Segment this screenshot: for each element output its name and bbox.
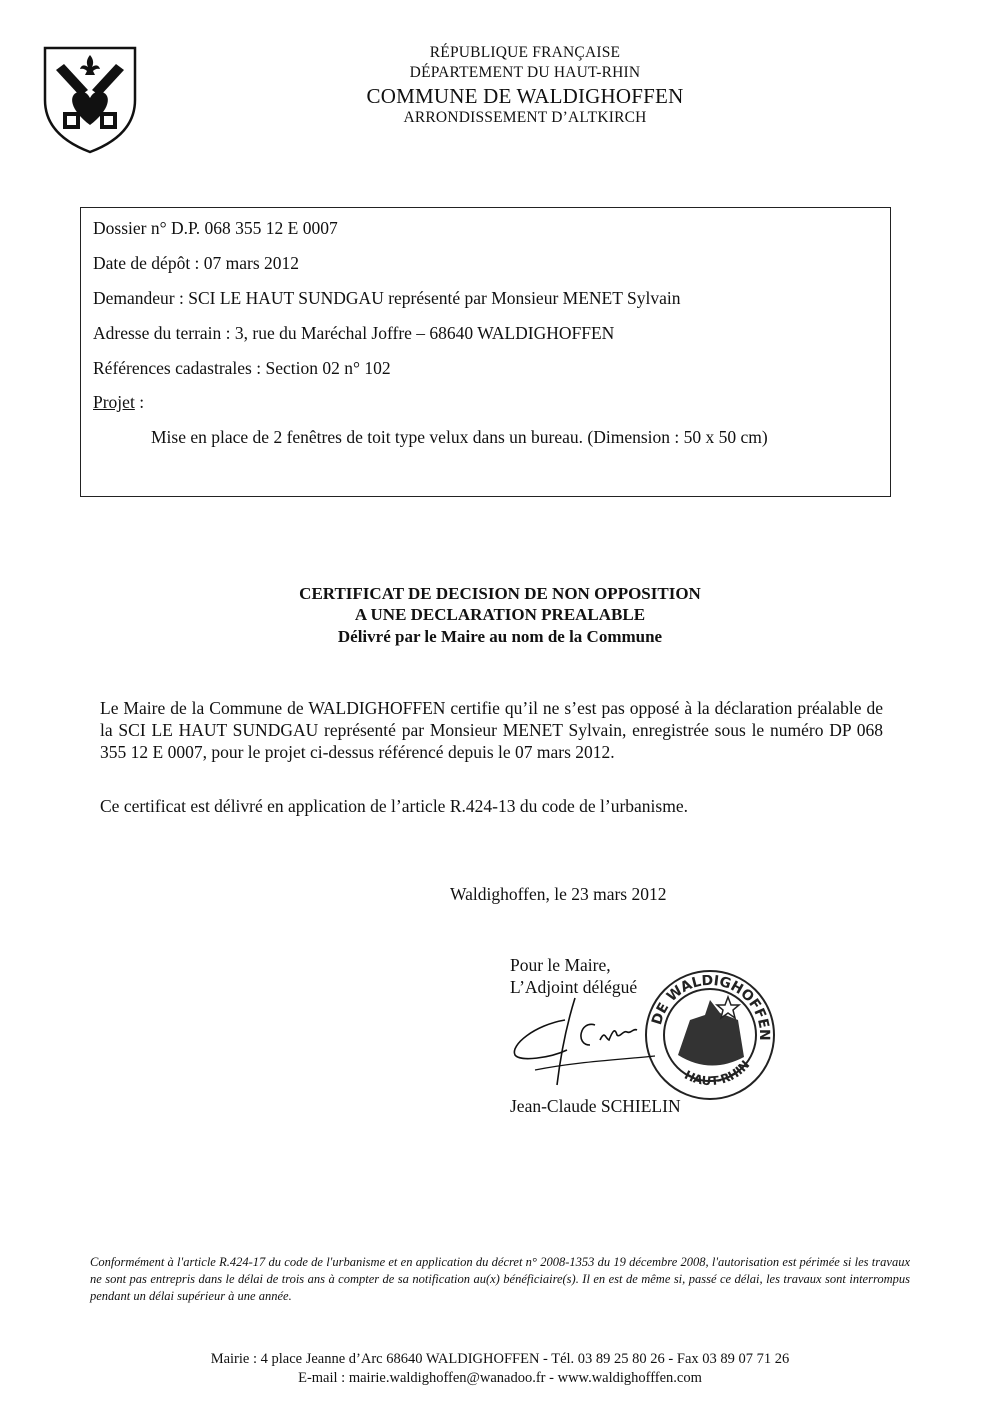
certificate-title-line1: CERTIFICAT DE DECISION DE NON OPPOSITION xyxy=(100,584,900,604)
dossier-info-box: Dossier n° D.P. 068 355 12 E 0007 Date d… xyxy=(80,207,891,497)
certificate-paragraph-1: Le Maire de la Commune de WALDIGHOFFEN c… xyxy=(100,697,883,763)
dossier-number: Dossier n° D.P. 068 355 12 E 0007 xyxy=(93,218,338,239)
header-commune: COMMUNE DE WALDIGHOFFEN xyxy=(300,84,750,108)
header-departement: DÉPARTEMENT DU HAUT-RHIN xyxy=(300,64,750,82)
adresse-terrain: Adresse du terrain : 3, rue du Maréchal … xyxy=(93,323,614,344)
signatory-name: Jean-Claude SCHIELIN xyxy=(510,1096,681,1117)
certificate-subtitle: Délivré par le Maire au nom de la Commun… xyxy=(100,627,900,647)
projet-colon: : xyxy=(135,392,144,412)
coat-of-arms-icon xyxy=(40,45,140,155)
pour-le-maire: Pour le Maire, xyxy=(510,955,611,976)
contact-line-1: Mairie : 4 place Jeanne d’Arc 68640 WALD… xyxy=(100,1350,900,1369)
contact-line-2: E-mail : mairie.waldighoffen@wanadoo.fr … xyxy=(100,1369,900,1388)
header-arrondissement: ARRONDISSEMENT D’ALTKIRCH xyxy=(300,109,750,127)
projet-heading: Projet : xyxy=(93,392,144,413)
place-date: Waldighoffen, le 23 mars 2012 xyxy=(450,884,667,905)
demandeur: Demandeur : SCI LE HAUT SUNDGAU représen… xyxy=(93,288,680,309)
date-depot: Date de dépôt : 07 mars 2012 xyxy=(93,253,299,274)
references-cadastrales: Références cadastrales : Section 02 n° 1… xyxy=(93,358,391,379)
signature-icon xyxy=(505,990,685,1090)
certificate-title-line2: A UNE DECLARATION PREALABLE xyxy=(100,605,900,625)
header-republique: RÉPUBLIQUE FRANÇAISE xyxy=(300,44,750,62)
certificate-paragraph-2: Ce certificat est délivré en application… xyxy=(100,795,883,817)
legal-notice: Conformément à l'article R.424-17 du cod… xyxy=(90,1254,910,1305)
projet-label: Projet xyxy=(93,392,135,412)
projet-description: Mise en place de 2 fenêtres de toit type… xyxy=(151,427,768,448)
